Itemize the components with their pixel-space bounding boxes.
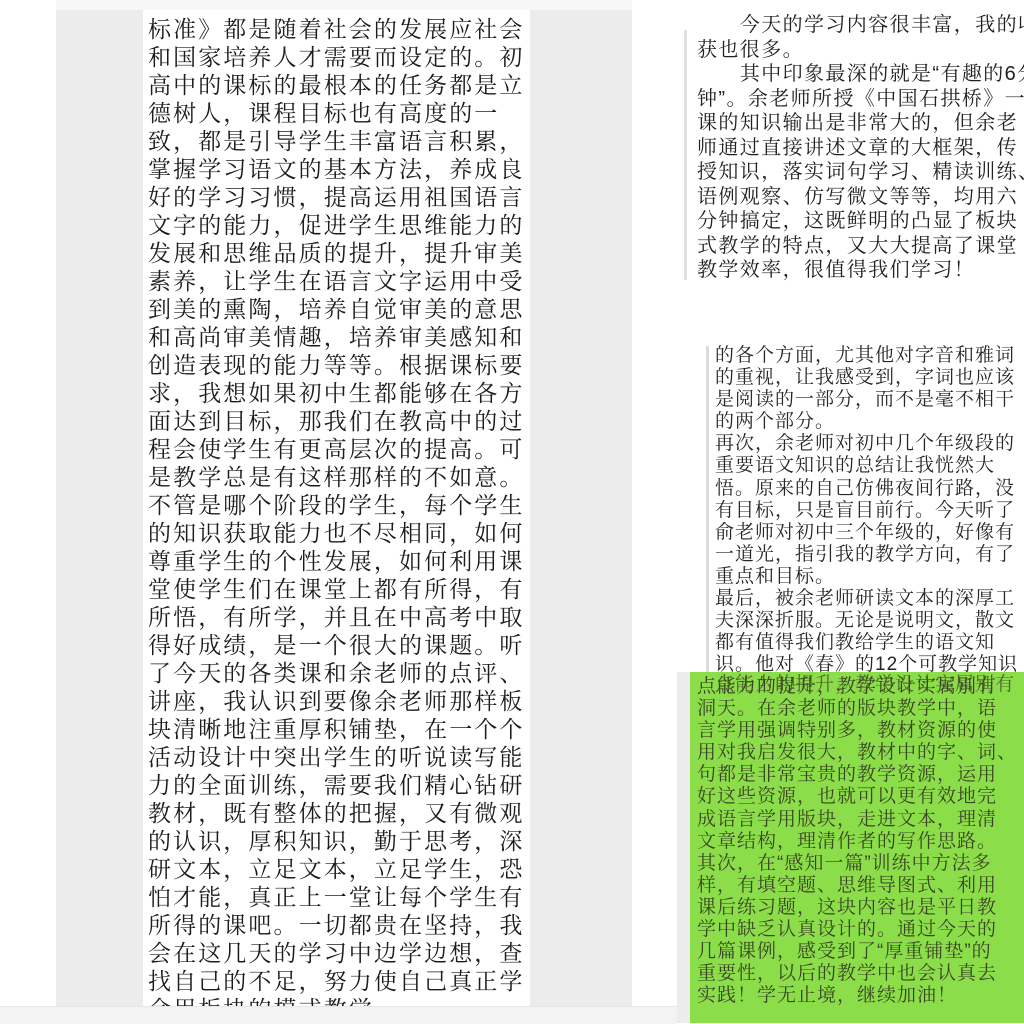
left-note-card: 标准》都是随着社会的发展应社会 和国家培养人才需要而设定的。初 高中的课标的最根… bbox=[143, 10, 530, 1006]
left-note-text: 标准》都是随着社会的发展应社会 和国家培养人才需要而设定的。初 高中的课标的最根… bbox=[148, 15, 530, 1006]
bottom-strip bbox=[0, 1006, 677, 1023]
top-right-quote-bar bbox=[684, 30, 687, 280]
top-right-note-text: 今天的学习内容很丰富，我的收 获也很多。 其中印象最深的就是“有趣的6分 钟”。… bbox=[697, 13, 1024, 293]
middle-right-quote-bar bbox=[706, 346, 709, 684]
middle-right-note-text: 的各个方面，尤其他对字音和雅词 的重视，让我感受到，字词也应该 是阅读的一部分，… bbox=[715, 345, 1024, 677]
green-note-gray-margin bbox=[677, 672, 690, 1023]
green-note-text: 点能力的提升，教学设计实属别有 洞天。在余老师的版块教学中，语 言学用强调特别多… bbox=[697, 676, 1024, 1021]
green-note-card: 点能力的提升，教学设计实属别有 点能力的提升，教学设计实属别有 洞天。在余老师的… bbox=[690, 672, 1024, 1023]
